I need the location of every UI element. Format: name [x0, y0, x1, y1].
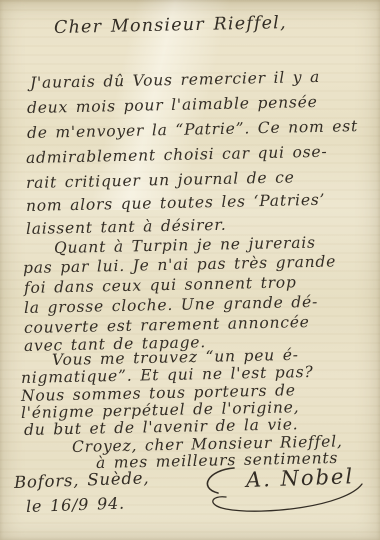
body-line: deux mois pour l'aimable pensée	[27, 93, 318, 117]
place-line: Bofors, Suède,	[14, 468, 150, 492]
body-line: J'aurais dû Vous remercier il y a	[30, 68, 320, 92]
signature-text: A. Nobel	[246, 464, 355, 492]
date-line: le 16/9 94.	[26, 494, 126, 516]
body-line: de m'envoyer la “Patrie”. Ce nom est	[27, 117, 358, 142]
salutation-line: Cher Monsieur Rieffel,	[54, 13, 287, 38]
letter-sheet: Cher Monsieur Rieffel, J'aurais dû Vous …	[0, 0, 380, 540]
body-line: rait critiquer un journal de ce	[26, 168, 295, 192]
body-line: nom alors que toutes les ‘Patries’	[26, 191, 326, 215]
body-line: laissent tant à désirer.	[26, 216, 227, 238]
body-line: admirablement choisi car qui ose-	[26, 143, 328, 167]
